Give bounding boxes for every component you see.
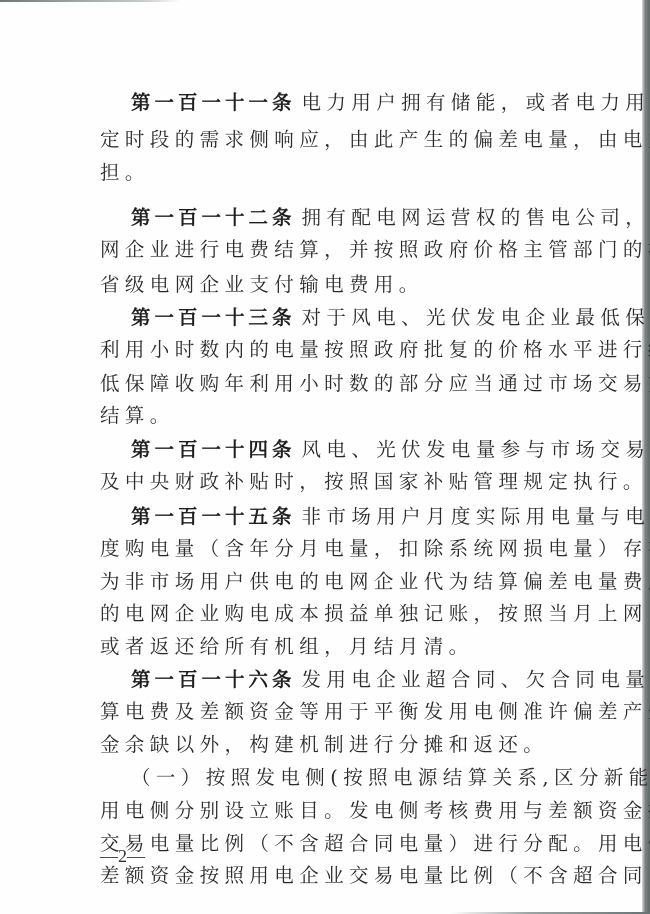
- article-115-line-3: 为非市场用户供电的电网企业代为结算偏差电量费用，由此造成: [100, 568, 550, 596]
- article-number: 第一百一十五条: [131, 505, 296, 528]
- article-112-line-3: 省级电网企业支付输电费用。: [100, 271, 550, 299]
- article-111-line-2: 定时段的需求侧响应，由此产生的偏差电量，由电力用户自行承: [100, 126, 550, 154]
- article-text: 电力用户拥有储能，或者电力用户参加特: [302, 91, 650, 114]
- article-116-line-3: 金余缺以外，构建机制进行分摊和返还。: [100, 731, 550, 759]
- page-number: —2—: [100, 846, 145, 867]
- article-number: 第一百一十三条: [131, 306, 296, 329]
- article-112-line-1: 第一百一十二条拥有配电网运营权的售电公司，与省级电: [131, 204, 550, 232]
- article-115-line-4: 的电网企业购电成本损益单独记账，按照当月上网电量占比分摊: [100, 600, 550, 628]
- article-114-line-2: 及中央财政补贴时，按照国家补贴管理规定执行。: [100, 468, 550, 496]
- clause-1-line-2: 用电侧分别设立账目。发电侧考核费用与差额资金按照单位装机: [100, 797, 550, 825]
- clause-1-line-1: （一）按照发电侧(按照电源结算关系,区分新能源、火电)、: [131, 764, 550, 792]
- article-text: 非市场用户月度实际用电量与电网企业月: [302, 505, 650, 528]
- article-114-line-1: 第一百一十四条风电、光伏发电量参与市场交易，结算涉: [131, 436, 550, 464]
- scan-edge-top: [0, 0, 180, 2]
- article-111-line-1: 第一百一十一条电力用户拥有储能，或者电力用户参加特: [131, 89, 550, 117]
- clause-1-line-4: 差额资金按照用电企业交易电量比例（不含超合同电量）进行分: [100, 862, 550, 890]
- article-111-line-3: 担。: [100, 159, 550, 187]
- article-112-line-2: 网企业进行电费结算，并按照政府价格主管部门的相关规定，向: [100, 236, 550, 264]
- article-115-line-2: 度购电量（含年分月电量，扣除系统网损电量）存在偏差时，由: [100, 535, 550, 563]
- article-text: 拥有配电网运营权的售电公司，与省级电: [302, 206, 650, 229]
- article-text: 风电、光伏发电量参与市场交易，结算涉: [302, 438, 650, 461]
- article-text: 对于风电、光伏发电企业最低保障收购年: [302, 306, 650, 329]
- article-115-line-5: 或者返还给所有机组，月结月清。: [100, 633, 550, 661]
- article-116-line-2: 算电费及差额资金等用于平衡发用电侧准许偏差产生的结算资: [100, 698, 550, 726]
- article-113-line-2: 利用小时数内的电量按照政府批复的价格水平进行结算。超出最: [100, 336, 550, 364]
- article-text: 发用电企业超合同、欠合同电量的偏差结: [302, 668, 650, 691]
- document-page: 第一百一十一条电力用户拥有储能，或者电力用户参加特 定时段的需求侧响应，由此产生…: [0, 0, 650, 914]
- article-116-line-1: 第一百一十六条发用电企业超合同、欠合同电量的偏差结: [131, 666, 550, 694]
- article-number: 第一百一十六条: [131, 668, 296, 691]
- article-number: 第一百一十二条: [131, 206, 296, 229]
- clause-1-line-3: 交易电量比例（不含超合同电量）进行分配。用电侧考核费用与: [100, 830, 550, 858]
- article-number: 第一百一十一条: [131, 91, 296, 114]
- article-113-line-1: 第一百一十三条对于风电、光伏发电企业最低保障收购年: [131, 304, 550, 332]
- article-number: 第一百一十四条: [131, 438, 296, 461]
- article-113-line-3: 低保障收购年利用小时数的部分应当通过市场交易方式消纳和: [100, 370, 550, 398]
- article-113-line-4: 结算。: [100, 402, 550, 430]
- article-115-line-1: 第一百一十五条非市场用户月度实际用电量与电网企业月: [131, 503, 550, 531]
